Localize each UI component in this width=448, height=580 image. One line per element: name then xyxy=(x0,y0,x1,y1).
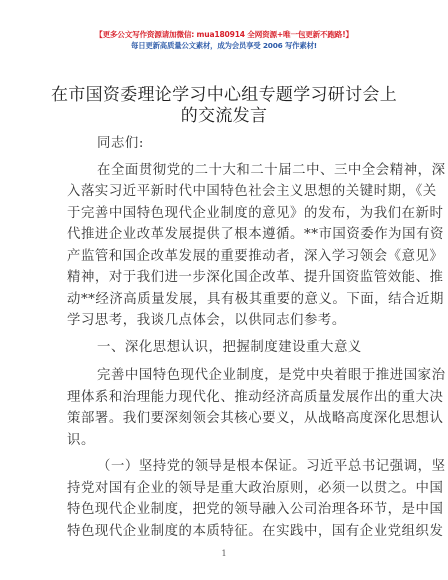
paragraph-line: 持党对国有企业的领导是重大政治原则，必须一以贯之。中国 xyxy=(67,478,383,500)
paragraph-line: 入落实习近平新时代中国特色社会主义思想的关键时期，《关 xyxy=(67,181,383,203)
document-page: 【更多公文写作资源请加微信: mua180914 全网资源+唯一包更新不跑路!】… xyxy=(0,0,448,580)
paragraph-line: 策部署。我们要深刻领会其核心要义，从战略高度深化思想认 xyxy=(67,408,383,430)
paragraph-line: 动**经济高质量发展，具有极其重要的意义。下面，结合近期 xyxy=(67,289,383,311)
paragraph-party-leadership: （一）坚持党的领导是根本保证。习近平总书记强调，坚 持党对国有企业的领导是重大政… xyxy=(67,456,383,542)
section-heading-text: 一、深化思想认识，把握制度建设重大意义 xyxy=(67,337,383,359)
paragraph-line: 特色现代企业制度的本质特征。在实践中，国有企业党组织发 xyxy=(67,521,383,543)
paragraph-line: 精神，对于我们进一步深化国企改革、提升国资监管效能、推 xyxy=(67,267,383,289)
paragraph-line: 于完善中国特色现代企业制度的意见》的发布，为我们在新时 xyxy=(67,203,383,225)
paragraph-line: 特色现代企业制度，把党的领导融入公司治理各环节，是中国 xyxy=(67,499,383,521)
paragraph-line: 学习思考，我谈几点体会，以供同志们参考。 xyxy=(67,310,383,332)
document-body: 同志们: 在全面贯彻党的二十大和二十届二中、三中全会精神，深 入落实习近平新时代… xyxy=(67,133,383,542)
paragraph-line: 完善中国特色现代企业制度，是党中央着眼于推进国家治 xyxy=(67,365,383,387)
paragraph-line: 理体系和治理能力现代化、推动经济高质量发展作出的重大决 xyxy=(67,387,383,409)
document-title-line2: 的交流发言 xyxy=(0,105,448,127)
page-number: 1 xyxy=(0,549,448,558)
salutation: 同志们: xyxy=(67,133,383,155)
promo-banner-line2[interactable]: 每日更新高质量公文素材，成为会员享受 2006 写作素材! xyxy=(0,40,448,51)
paragraph-significance: 完善中国特色现代企业制度，是党中央着眼于推进国家治 理体系和治理能力现代化、推动… xyxy=(67,365,383,451)
document-title-line1: 在市国资委理论学习中心组专题学习研讨会上 xyxy=(0,84,448,106)
paragraph-line: （一）坚持党的领导是根本保证。习近平总书记强调，坚 xyxy=(67,456,383,478)
paragraph-line: 在全面贯彻党的二十大和二十届二中、三中全会精神，深 xyxy=(67,160,383,182)
section-heading: 一、深化思想认识，把握制度建设重大意义 xyxy=(67,337,383,359)
paragraph-line: 产监管和国企改革发展的重要推动者，深入学习领会《意见》 xyxy=(67,246,383,268)
promo-banner-line1[interactable]: 【更多公文写作资源请加微信: mua180914 全网资源+唯一包更新不跑路!】 xyxy=(0,29,448,40)
paragraph-intro: 在全面贯彻党的二十大和二十届二中、三中全会精神，深 入落实习近平新时代中国特色社… xyxy=(67,160,383,332)
paragraph-line: 识。 xyxy=(67,430,383,452)
paragraph-line: 代推进企业改革发展提供了根本遵循。**市国资委作为国有资 xyxy=(67,224,383,246)
